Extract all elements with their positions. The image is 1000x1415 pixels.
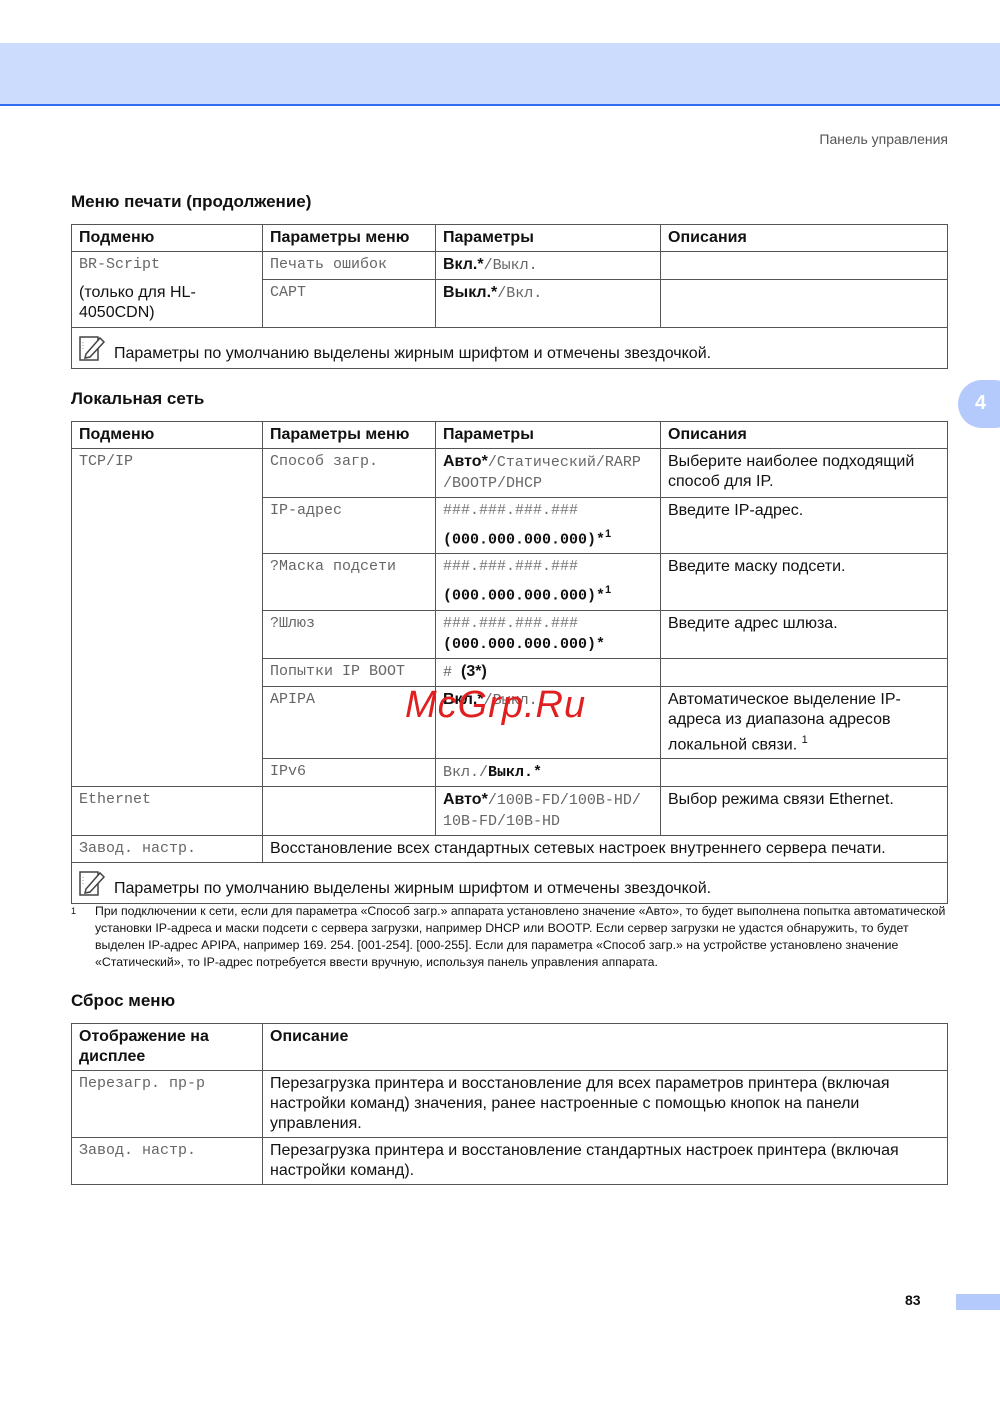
other-values: /100B-FD/100B-HD/ [488,792,641,809]
param-values: # (3*) [436,658,661,686]
submenu-name: TCP/IP [72,449,263,787]
value-default: (000.000.000.000)* [443,636,605,653]
footnote-text: При подключении к сети, если для парамет… [95,903,948,971]
other-values: 10B-FD/10B-HD [443,813,560,830]
submenu-cell: BR-Script (только для HL-4050CDN) [72,252,263,328]
menu-param [263,786,436,835]
value-prefix: # [443,664,461,681]
col-header: Параметры [436,225,661,252]
submenu-name: BR-Script [79,255,256,275]
menu-param: IP-адрес [263,498,436,554]
description [661,280,948,328]
submenu-name: Завод. настр. [72,835,263,862]
note-text: Параметры по умолчанию выделены жирным ш… [114,345,711,362]
table-row: Завод. настр. Восстановление всех станда… [72,835,948,862]
footnote-ref[interactable]: 1 [605,528,611,540]
description: Перезагрузка принтера и восстановление д… [263,1071,948,1138]
display-text: Перезагр. пр-р [72,1071,263,1138]
value-default: (000.000.000.000)* [443,531,605,548]
default-value: Выкл.* [443,284,497,301]
footnote-number: 1 [71,903,76,920]
footnote: 1 При подключении к сети, если для парам… [71,903,948,971]
col-header: Параметры меню [263,225,436,252]
table-row: Ethernet Авто*/100B-FD/100B-HD/10B-FD/10… [72,786,948,835]
description: Введите маску подсети. [661,554,948,610]
menu-param: CAPT [263,280,436,328]
table-row: TCP/IP Способ загр. Авто*/Статический/RA… [72,449,948,498]
table-header-row: Подменю Параметры меню Параметры Описани… [72,422,948,449]
description: Автоматическое выделение IP-адреса из ди… [661,686,948,758]
param-values: Авто*/Статический/RARP/BOOTP/DHCP [436,449,661,498]
print-menu-heading: Меню печати (продолжение) [71,192,311,212]
param-values: ###.###.###.###(000.000.000.000)*1 [436,554,661,610]
table-header-row: Подменю Параметры меню Параметры Описани… [72,225,948,252]
default-value: Вкл.* [443,256,484,273]
col-header: Параметры [436,422,661,449]
menu-param: ?Шлюз [263,610,436,658]
col-header: Описания [661,422,948,449]
menu-param: IPv6 [263,758,436,786]
chapter-tab[interactable]: 4 [958,380,1000,428]
chapter-number: 4 [975,392,986,415]
value-pattern: ###.###.###.### [443,614,654,634]
footnote-ref[interactable]: 1 [802,734,808,746]
submenu-note: (только для HL-4050CDN) [79,283,256,323]
note-text: Параметры по умолчанию выделены жирным ш… [114,880,711,897]
table-row: Перезагр. пр-р Перезагрузка принтера и в… [72,1071,948,1138]
other-values: /Вкл. [497,285,542,302]
reset-menu-table: Отображение на дисплее Описание Перезагр… [71,1023,948,1185]
col-header: Описания [661,225,948,252]
display-text: Завод. настр. [72,1138,263,1185]
submenu-name: Ethernet [72,786,263,835]
note-row: Параметры по умолчанию выделены жирным ш… [72,328,948,369]
print-menu-table: Подменю Параметры меню Параметры Описани… [71,224,948,369]
note-row: Параметры по умолчанию выделены жирным ш… [72,862,948,903]
reset-menu-heading: Сброс меню [71,991,175,1011]
lan-table: Подменю Параметры меню Параметры Описани… [71,421,948,904]
col-header: Описание [263,1024,948,1071]
description: Выбор режима связи Ethernet. [661,786,948,835]
value-pattern: ###.###.###.### [443,557,654,577]
other-values: /Выкл. [484,257,538,274]
col-header: Подменю [72,422,263,449]
col-header: Подменю [72,225,263,252]
param-values: Вкл./Выкл.* [436,758,661,786]
param-values: Выкл.*/Вкл. [436,280,661,328]
param-values: Авто*/100B-FD/100B-HD/10B-FD/10B-HD [436,786,661,835]
value-default: (000.000.000.000)* [443,588,605,605]
note-pencil-icon [78,334,106,362]
description: Введите IP-адрес. [661,498,948,554]
table-header-row: Отображение на дисплее Описание [72,1024,948,1071]
value-pattern: ###.###.###.### [443,501,654,521]
section-title: Панель управления [70,131,948,147]
description [661,658,948,686]
description: Перезагрузка принтера и восстановление с… [263,1138,948,1185]
default-value: Выкл.* [488,764,542,781]
menu-param: Печать ошибок [263,252,436,280]
watermark: McGrp.Ru [405,684,586,727]
page-number: 83 [905,1292,921,1308]
description [661,252,948,280]
description [661,758,948,786]
footnote-ref[interactable]: 1 [605,584,611,596]
default-value: Авто* [443,791,488,808]
param-values: Вкл.*/Выкл. [436,252,661,280]
other-values: /BOOTP/DHCP [443,475,542,492]
header-band [0,43,1000,106]
col-header: Параметры меню [263,422,436,449]
description: Введите адрес шлюза. [661,610,948,658]
page-bar [956,1294,1000,1310]
table-row: BR-Script (только для HL-4050CDN) Печать… [72,252,948,280]
other-values: Вкл./ [443,764,488,781]
param-values: ###.###.###.###(000.000.000.000)*1 [436,498,661,554]
value-default: (3*) [461,663,487,680]
description: Восстановление всех стандартных сетевых … [263,835,948,862]
lan-heading: Локальная сеть [71,389,204,409]
menu-param: Попытки IP BOOT [263,658,436,686]
menu-param: Способ загр. [263,449,436,498]
other-values: /Статический/RARP [488,454,641,471]
default-value: Авто* [443,453,488,470]
description: Выберите наиболее подходящий способ для … [661,449,948,498]
table-row: Завод. настр. Перезагрузка принтера и во… [72,1138,948,1185]
col-header: Отображение на дисплее [72,1024,263,1071]
menu-param: ?Маска подсети [263,554,436,610]
note-pencil-icon [78,869,106,897]
description-text: Автоматическое выделение IP-адреса из ди… [668,691,901,753]
param-values: ###.###.###.###(000.000.000.000)* [436,610,661,658]
